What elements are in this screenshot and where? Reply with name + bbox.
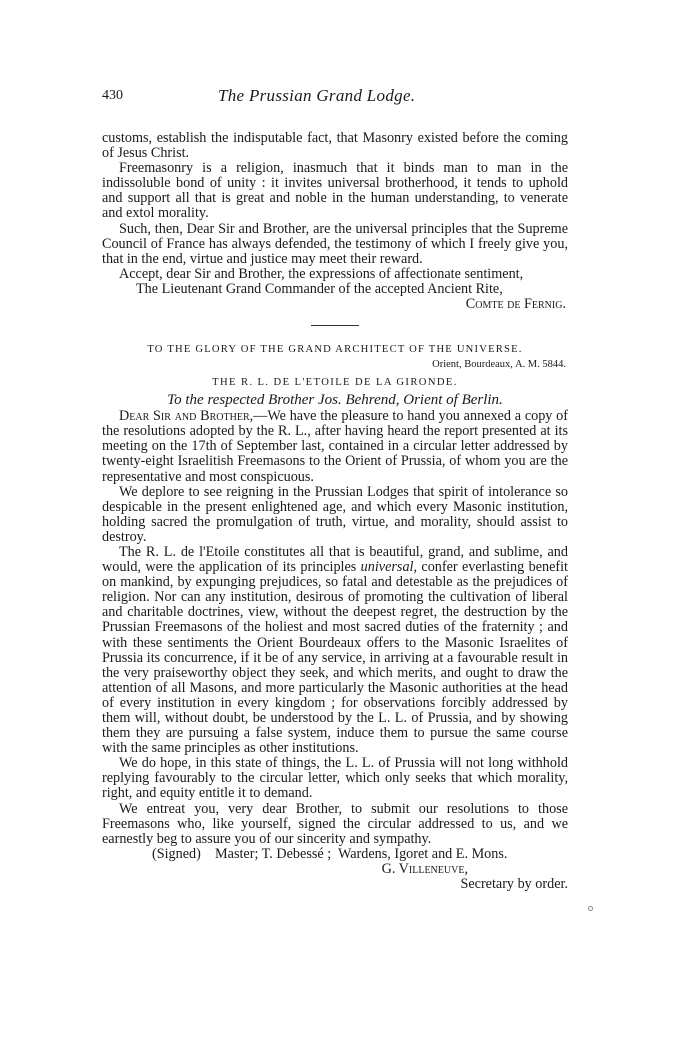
place-date-line: Orient, Bourdeaux, A. M. 5844. bbox=[102, 357, 568, 373]
salutation: Dear Sir and Brother, bbox=[119, 408, 253, 424]
paragraph-deplore: We deplore to see reigning in the Prussi… bbox=[102, 485, 568, 545]
paragraph-hope: We do hope, in this state of things, the… bbox=[102, 756, 568, 801]
page-body: customs, establish the indisputable fact… bbox=[102, 131, 568, 892]
emphasis-universal: universal bbox=[361, 559, 414, 575]
margin-speck bbox=[588, 906, 593, 911]
signed-line: (Signed) Master; T. Debessé ; Wardens, I… bbox=[102, 847, 568, 862]
secretary-name: G. Villeneuve, bbox=[102, 862, 568, 877]
dedication-heading: TO THE GLORY OF THE GRAND ARCHITECT OF T… bbox=[102, 342, 568, 357]
closing-line: Accept, dear Sir and Brother, the expres… bbox=[102, 267, 568, 282]
signer-title: The Lieutenant Grand Commander of the ac… bbox=[102, 282, 568, 297]
running-header: 430 The Prussian Grand Lodge. bbox=[102, 88, 568, 110]
book-page: 430 The Prussian Grand Lodge. customs, e… bbox=[102, 88, 568, 892]
section-separator bbox=[311, 325, 359, 326]
addressee-line: To the respected Brother Jos. Behrend, O… bbox=[102, 392, 568, 409]
paragraph-freemasonry-religion: Freemasonry is a religion, inasmuch that… bbox=[102, 161, 568, 221]
paragraph-salutation: Dear Sir and Brother,—We have the pleasu… bbox=[102, 409, 568, 484]
paragraph-etoile: The R. L. de l'Etoile constitutes all th… bbox=[102, 545, 568, 756]
page-number: 430 bbox=[102, 88, 123, 104]
signer-name: Comte de Fernig. bbox=[102, 297, 568, 312]
running-title: The Prussian Grand Lodge. bbox=[218, 86, 415, 106]
paragraph-continued: customs, establish the indisputable fact… bbox=[102, 131, 568, 161]
lodge-heading: THE R. L. DE L'ETOILE DE LA GIRONDE. bbox=[102, 375, 568, 390]
text-run: , confer everlasting benefit on mankind,… bbox=[102, 559, 568, 756]
paragraph-entreat: We entreat you, very dear Brother, to su… bbox=[102, 802, 568, 847]
secretary-role: Secretary by order. bbox=[102, 877, 568, 892]
paragraph-universal-principles: Such, then, Dear Sir and Brother, are th… bbox=[102, 222, 568, 267]
